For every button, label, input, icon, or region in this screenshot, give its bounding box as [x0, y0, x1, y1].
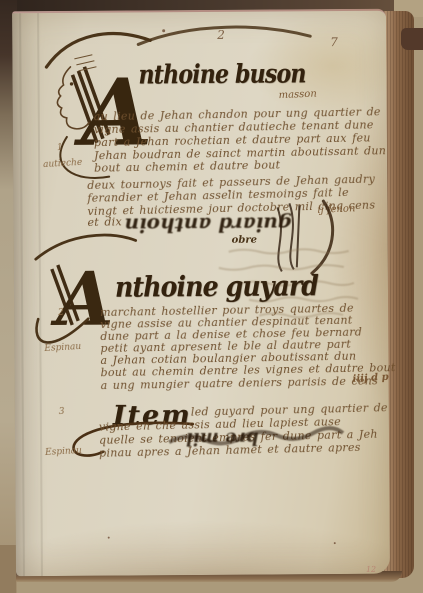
under-pages-edge [0, 545, 16, 593]
entry-heading: nthoine buson [138, 59, 305, 90]
ink-speck [108, 537, 110, 539]
text-line: et dix [87, 215, 122, 229]
folio-number: 7 [330, 35, 338, 49]
ink-offset-smudge [165, 425, 355, 452]
cover-corner [401, 28, 423, 50]
text-line: bout au chemin et dautre bout [94, 158, 280, 174]
occupation-note: masson [278, 89, 317, 102]
sum-in-deniers: iiij d p [352, 372, 389, 385]
entry-heading: nthoine guyard [115, 269, 318, 303]
face-eye [70, 82, 73, 85]
margin-number: 2 [58, 308, 64, 318]
heading-swash [134, 19, 314, 48]
margin-number: 1 [57, 143, 63, 153]
manuscript-page: 2 7 A nthoine buson masson au lieu de Je… [12, 9, 390, 577]
manuscript-photo: 2 7 A nthoine buson masson au lieu de Je… [0, 0, 423, 593]
ink-speck [334, 542, 336, 544]
margin-number: 3 [59, 407, 65, 417]
bottom-corner-number: 12 [366, 565, 376, 574]
